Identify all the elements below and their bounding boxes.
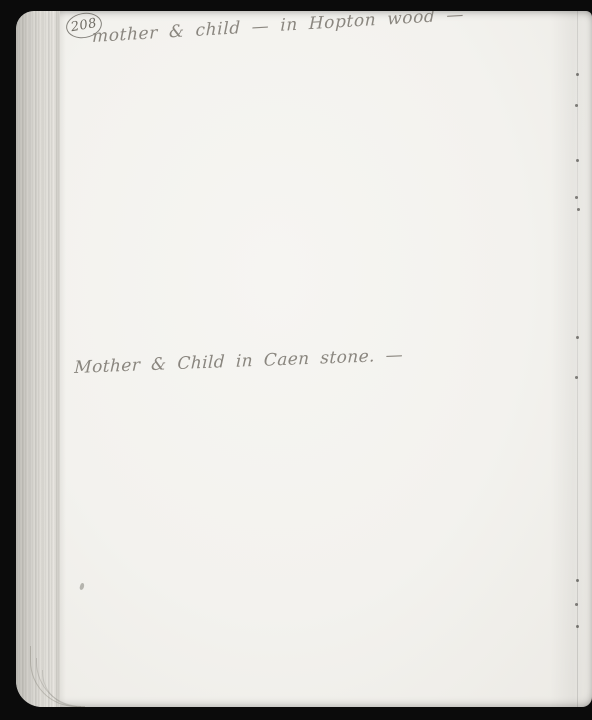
scanned-notebook-photo: 208 mother & child — in Hopton wood — Mo… [0,0,592,720]
paper-speck [575,196,578,199]
paper-speck [576,579,579,582]
paper-speck [575,376,578,379]
paper-speck [577,208,580,211]
pencil-smudge [79,583,85,591]
paper-speck [576,336,579,339]
paper-speck [576,73,579,76]
page-edge-stack [16,11,60,707]
paper-speck [575,603,578,606]
paper-speck [576,625,579,628]
handwritten-note-top: mother & child — in Hopton wood — [92,11,464,47]
handwritten-note-middle: Mother & Child in Caen stone. — [74,345,403,378]
right-edge-shading [550,11,592,707]
paper-speck [576,159,579,162]
notebook-page: 208 mother & child — in Hopton wood — Mo… [16,11,592,707]
paper-speck [575,104,578,107]
